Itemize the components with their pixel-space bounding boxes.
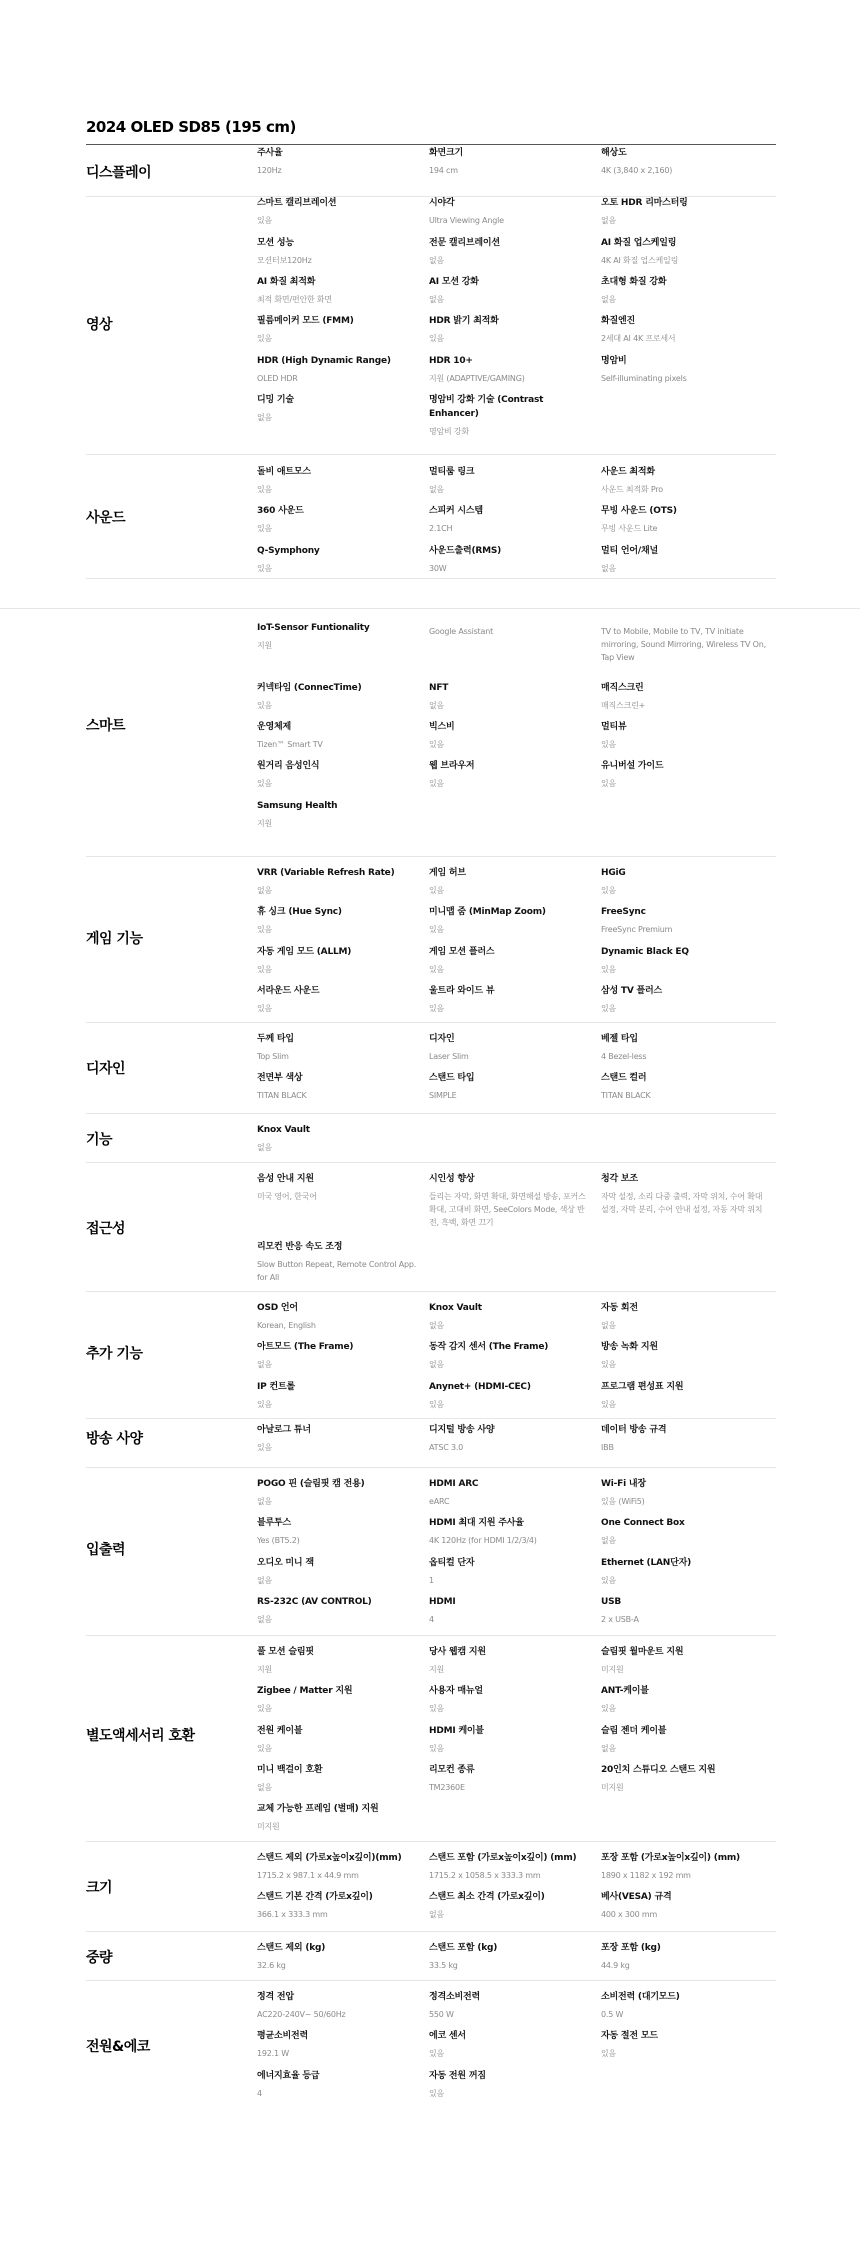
spec-key: FreeSync	[601, 905, 766, 919]
spec-key: USB	[601, 1595, 766, 1609]
spec-item: 스탠드 기본 간격 (가로x깊이)366.1 x 333.3 mm	[257, 1890, 422, 1921]
spec-key: 당사 웹캠 지원	[429, 1645, 594, 1659]
spec-item: Q-Symphony있음	[257, 544, 422, 575]
spec-value: 4K 120Hz (for HDMI 1/2/3/4)	[429, 1534, 594, 1547]
spec-value: 없음	[601, 1319, 766, 1332]
spec-value: 없음	[257, 884, 422, 897]
spec-key: Knox Vault	[257, 1123, 422, 1137]
spec-key: 슬림핏 월마운트 지원	[601, 1645, 766, 1659]
spec-section: 디스플레이주사율120Hz화면크기194 cm해상도4K (3,840 x 2,…	[86, 146, 776, 197]
spec-item: 전문 캘리브레이션없음	[429, 236, 594, 267]
spec-item: 모바일 미러링 연결TV to Mobile, Mobile to TV, TV…	[601, 619, 766, 664]
spec-item: 소비전력 (대기모드)0.5 W	[601, 1990, 766, 2021]
spec-key: 빅스비	[429, 720, 594, 734]
spec-item: 삼성 TV 플러스있음	[601, 984, 766, 1015]
spec-item: 게임 모션 플러스있음	[429, 945, 594, 976]
spec-key: 포장 포함 (kg)	[601, 1941, 766, 1955]
spec-item: 에너지효율 등급4	[257, 2069, 422, 2100]
spec-key: RS-232C (AV CONTROL)	[257, 1595, 422, 1609]
spec-item: Dynamic Black EQ있음	[601, 945, 766, 976]
spec-item: HDR (High Dynamic Range)OLED HDR	[257, 354, 422, 385]
spec-section: 방송 사양아날로그 튜너있음디지털 방송 사양ATSC 3.0데이터 방송 규격…	[86, 1418, 776, 1468]
section-label: 추가 기능	[86, 1343, 142, 1363]
spec-item: Wi-Fi 내장있음 (WiFi5)	[601, 1477, 766, 1508]
spec-value: 있음	[257, 699, 422, 712]
spec-value: 있음	[429, 963, 594, 976]
spec-value: 사운드 최적화 Pro	[601, 483, 766, 496]
spec-value: 550 W	[429, 2008, 594, 2021]
spec-item: 동작 감지 센서 (The Frame)없음	[429, 1340, 594, 1371]
spec-value: 있음	[257, 1002, 422, 1015]
spec-key: 게임 허브	[429, 866, 594, 880]
spec-value: 있음	[429, 2047, 594, 2060]
spec-item: 스탠드 제외 (kg)32.6 kg	[257, 1941, 422, 1972]
spec-value: Google Assistant	[429, 625, 594, 638]
spec-key: 무빙 사운드 (OTS)	[601, 504, 766, 518]
spec-item: 커넥타임 (ConnecTime)있음	[257, 681, 422, 712]
spec-key: 멀티뷰	[601, 720, 766, 734]
spec-item: 빅스비있음	[429, 720, 594, 751]
spec-value: Top Slim	[257, 1050, 422, 1063]
spec-key: 방송 녹화 지원	[601, 1340, 766, 1354]
section-label: 별도액세서리 호환	[86, 1725, 195, 1745]
spec-item: 평균소비전력192.1 W	[257, 2029, 422, 2060]
spec-value: 있음	[257, 1441, 422, 1454]
section-label: 입출력	[86, 1539, 125, 1559]
spec-item: HDMI 최대 지원 주사율4K 120Hz (for HDMI 1/2/3/4…	[429, 1516, 594, 1547]
spec-key: 웹 브라우저	[429, 759, 594, 773]
spec-key: AI 모션 강화	[429, 275, 594, 289]
spec-key: 베사(VESA) 규격	[601, 1890, 766, 1904]
spec-item: One Connect Box없음	[601, 1516, 766, 1547]
spec-key: 소비전력 (대기모드)	[601, 1990, 766, 2004]
spec-item: 베사(VESA) 규격400 x 300 mm	[601, 1890, 766, 1921]
spec-value: SIMPLE	[429, 1089, 594, 1102]
spec-value: 지원	[257, 639, 422, 652]
spec-value: 없음	[257, 1358, 422, 1371]
spec-item: 필름메이커 모드 (FMM)있음	[257, 314, 422, 345]
page-title: 2024 OLED SD85 (195 cm)	[86, 118, 296, 136]
spec-value: 있음	[257, 562, 422, 575]
spec-value: 있음	[257, 332, 422, 345]
spec-value: 30W	[429, 562, 594, 575]
spec-section: 입출력POGO 핀 (슬림핏 캠 전용)없음HDMI ARCeARCWi-Fi …	[86, 1467, 776, 1636]
spec-section: 기능Knox Vault없음	[86, 1113, 776, 1163]
section-label: 방송 사양	[86, 1428, 142, 1448]
spec-item: 교체 가능한 프레임 (별매) 지원미지원	[257, 1802, 422, 1833]
spec-value: 없음	[257, 1141, 422, 1154]
spec-value: 120Hz	[257, 164, 422, 177]
spec-key: 360 사운드	[257, 504, 422, 518]
spec-key: 휴 싱크 (Hue Sync)	[257, 905, 422, 919]
spec-value: 미지원	[601, 1781, 766, 1794]
spec-item: 20인치 스튜디오 스탠드 지원미지원	[601, 1763, 766, 1794]
spec-item: 360 사운드있음	[257, 504, 422, 535]
spec-item: 포장 포함 (가로x높이x깊이) (mm)1890 x 1182 x 192 m…	[601, 1851, 766, 1882]
spec-key: 디밍 기술	[257, 393, 422, 407]
spec-key: 20인치 스튜디오 스탠드 지원	[601, 1763, 766, 1777]
spec-value: 없음	[429, 254, 594, 267]
spec-key: 모션 성능	[257, 236, 422, 250]
spec-item: 전원 케이블있음	[257, 1724, 422, 1755]
section-label: 기능	[86, 1129, 112, 1149]
spec-value: 자막 설정, 소리 다중 출력, 자막 위치, 수어 확대 설정, 자막 분리,…	[601, 1190, 766, 1216]
spec-item: AI 모션 강화없음	[429, 275, 594, 306]
spec-key: 음성 안내 지원	[257, 1172, 422, 1186]
spec-item: ANT-케이블있음	[601, 1684, 766, 1715]
spec-key: 해상도	[601, 146, 766, 160]
spec-key: 교체 가능한 프레임 (별매) 지원	[257, 1802, 422, 1816]
spec-item: 오디오 미니 잭없음	[257, 1556, 422, 1587]
spec-item: 시야각Ultra Viewing Angle	[429, 196, 594, 227]
spec-value: 없음	[429, 1319, 594, 1332]
spec-value: Laser Slim	[429, 1050, 594, 1063]
spec-key: 원거리 음성인식	[257, 759, 422, 773]
section-label: 크기	[86, 1877, 112, 1897]
spec-item: 아날로그 튜너있음	[257, 1423, 422, 1454]
spec-key: 미니 백걸이 호환	[257, 1763, 422, 1777]
spec-value: 미지원	[601, 1663, 766, 1676]
spec-item: 베젤 타입4 Bezel-less	[601, 1032, 766, 1063]
spec-value: 있음	[601, 1002, 766, 1015]
spec-key: 명암비	[601, 354, 766, 368]
spec-value: 있음	[429, 1398, 594, 1411]
spec-key: Samsung Health	[257, 799, 422, 813]
spec-item: 오토 HDR 리마스터링없음	[601, 196, 766, 227]
spec-key: 시인성 향상	[429, 1172, 594, 1186]
spec-value: 44.9 kg	[601, 1959, 766, 1972]
spec-value: 있음	[601, 1574, 766, 1587]
spec-key: 에너지효율 등급	[257, 2069, 422, 2083]
spec-key: 옵티컬 단자	[429, 1556, 594, 1570]
spec-item: 무빙 사운드 (OTS)무빙 사운드 Lite	[601, 504, 766, 535]
spec-value: 있음	[601, 963, 766, 976]
spec-value: 없음	[429, 699, 594, 712]
spec-value: 있음	[601, 2047, 766, 2060]
spec-key: 운영체제	[257, 720, 422, 734]
spec-section: 영상스마트 캘리브레이션있음시야각Ultra Viewing Angle오토 H…	[86, 196, 776, 455]
spec-key: 멀티룸 링크	[429, 465, 594, 479]
spec-section: 전원&에코정격 전압AC220-240V~ 50/60Hz정격소비전력550 W…	[86, 1980, 776, 2110]
spec-item: 멀티룸 링크없음	[429, 465, 594, 496]
spec-value: 있음	[429, 2087, 594, 2100]
spec-key: 에코 센서	[429, 2029, 594, 2043]
spec-key: Ethernet (LAN단자)	[601, 1556, 766, 1570]
spec-item: 미니 백걸이 호환없음	[257, 1763, 422, 1794]
spec-item: 돌비 애트모스있음	[257, 465, 422, 496]
spec-key: 스탠드 타입	[429, 1071, 594, 1085]
spec-key: 스피커 시스템	[429, 504, 594, 518]
spec-key: HDMI 최대 지원 주사율	[429, 1516, 594, 1530]
spec-item: 블루투스Yes (BT5.2)	[257, 1516, 422, 1547]
spec-value: 366.1 x 333.3 mm	[257, 1908, 422, 1921]
spec-key: 매직스크린	[601, 681, 766, 695]
spec-item: 에코 센서있음	[429, 2029, 594, 2060]
spec-key: HDR (High Dynamic Range)	[257, 354, 422, 368]
spec-key: 스마트 캘리브레이션	[257, 196, 422, 210]
spec-item: 사용자 매뉴얼있음	[429, 1684, 594, 1715]
spec-item: 시인성 향상들리는 자막, 화면 확대, 화면해설 방송, 포커스 확대, 고대…	[429, 1172, 594, 1229]
spec-key: ANT-케이블	[601, 1684, 766, 1698]
spec-value: Self-illuminating pixels	[601, 372, 766, 385]
spec-key: 음성 비서 (내장/외부 기기 연결)	[429, 619, 594, 621]
spec-item: 스탠드 제외 (가로x높이x깊이)(mm)1715.2 x 987.1 x 44…	[257, 1851, 422, 1882]
spec-section: 디자인두께 타입Top Slim디자인Laser Slim베젤 타입4 Beze…	[86, 1022, 776, 1114]
spec-value: 1715.2 x 1058.5 x 333.3 mm	[429, 1869, 594, 1882]
spec-value: 있음	[601, 1398, 766, 1411]
spec-key: Anynet+ (HDMI-CEC)	[429, 1380, 594, 1394]
spec-key: 울트라 와이드 뷰	[429, 984, 594, 998]
spec-value: 있음	[257, 483, 422, 496]
spec-value: 33.5 kg	[429, 1959, 594, 1972]
spec-item: 아트모드 (The Frame)없음	[257, 1340, 422, 1371]
spec-value: ATSC 3.0	[429, 1441, 594, 1454]
spec-key: Q-Symphony	[257, 544, 422, 558]
spec-section: 사운드돌비 애트모스있음멀티룸 링크없음사운드 최적화사운드 최적화 Pro36…	[86, 455, 776, 579]
spec-item: 초대형 화질 강화없음	[601, 275, 766, 306]
spec-value: FreeSync Premium	[601, 923, 766, 936]
spec-value: 없음	[601, 562, 766, 575]
spec-key: 사운드출력(RMS)	[429, 544, 594, 558]
spec-item: 자동 회전없음	[601, 1301, 766, 1332]
spec-value: 2 x USB-A	[601, 1613, 766, 1626]
spec-item: 운영체제Tizen™ Smart TV	[257, 720, 422, 751]
spec-item: SmartThings Hub / Matter Hub / IoT-Senso…	[257, 619, 422, 652]
spec-key: 스탠드 최소 간격 (가로x깊이)	[429, 1890, 594, 1904]
spec-item: 스피커 시스템2.1CH	[429, 504, 594, 535]
spec-key: AI 화질 최적화	[257, 275, 422, 289]
spec-value: eARC	[429, 1495, 594, 1508]
spec-key: 스탠드 컬러	[601, 1071, 766, 1085]
spec-value: 있음	[257, 1398, 422, 1411]
spec-value: 없음	[429, 293, 594, 306]
spec-item: 모션 성능모션터보120Hz	[257, 236, 422, 267]
spec-item: IP 컨트롤있음	[257, 1380, 422, 1411]
spec-value: 없음	[601, 293, 766, 306]
spec-key: HDMI ARC	[429, 1477, 594, 1491]
spec-value: TM2360E	[429, 1781, 594, 1794]
spec-key: 명암비 강화 기술 (Contrast Enhancer)	[429, 393, 594, 421]
spec-value: 있음	[429, 738, 594, 751]
spec-value: 없음	[257, 1495, 422, 1508]
spec-value: 무빙 사운드 Lite	[601, 522, 766, 535]
spec-item: HDR 10+지원 (ADAPTIVE/GAMING)	[429, 354, 594, 385]
spec-item: Zigbee / Matter 지원있음	[257, 1684, 422, 1715]
title-divider	[86, 144, 776, 145]
spec-section: 중량스탠드 제외 (kg)32.6 kg스탠드 포함 (kg)33.5 kg포장…	[86, 1931, 776, 1981]
spec-item: Anynet+ (HDMI-CEC)있음	[429, 1380, 594, 1411]
spec-value: 없음	[429, 1358, 594, 1371]
spec-value: TITAN BLACK	[257, 1089, 422, 1102]
spec-item: 프로그램 편성표 지원있음	[601, 1380, 766, 1411]
spec-item: Ethernet (LAN단자)있음	[601, 1556, 766, 1587]
spec-item: Samsung Health지원	[257, 799, 422, 830]
spec-item: 방송 녹화 지원있음	[601, 1340, 766, 1371]
spec-item: 게임 허브있음	[429, 866, 594, 897]
spec-item: 리모컨 반응 속도 조정Slow Button Repeat, Remote C…	[257, 1240, 422, 1284]
spec-item: 미니맵 줌 (MinMap Zoom)있음	[429, 905, 594, 936]
section-label: 영상	[86, 314, 112, 334]
spec-value: 지원	[257, 1663, 422, 1676]
spec-value: 없음	[601, 1742, 766, 1755]
spec-value: 있음	[429, 1742, 594, 1755]
spec-item: 두께 타입Top Slim	[257, 1032, 422, 1063]
spec-item: 명암비 강화 기술 (Contrast Enhancer)명암비 강화	[429, 393, 594, 438]
spec-item: 옵티컬 단자1	[429, 1556, 594, 1587]
spec-value: 없음	[257, 411, 422, 424]
spec-item: FreeSyncFreeSync Premium	[601, 905, 766, 936]
spec-key: 필름메이커 모드 (FMM)	[257, 314, 422, 328]
spec-value: 1890 x 1182 x 192 mm	[601, 1869, 766, 1882]
spec-item: 정격 전압AC220-240V~ 50/60Hz	[257, 1990, 422, 2021]
spec-value: 있음	[601, 777, 766, 790]
spec-item: 포장 포함 (kg)44.9 kg	[601, 1941, 766, 1972]
spec-item: 해상도4K (3,840 x 2,160)	[601, 146, 766, 177]
spec-item: AI 화질 최적화최적 화면/편안한 화면	[257, 275, 422, 306]
spec-key: 화질엔진	[601, 314, 766, 328]
spec-value: 있음	[601, 1702, 766, 1715]
spec-value: 있음	[257, 1702, 422, 1715]
spec-value: 4	[257, 2087, 422, 2100]
spec-value: 있음	[257, 963, 422, 976]
spec-key: HDMI 케이블	[429, 1724, 594, 1738]
spec-item: 디밍 기술없음	[257, 393, 422, 424]
spec-key: 자동 전원 꺼짐	[429, 2069, 594, 2083]
spec-value: 1715.2 x 987.1 x 44.9 mm	[257, 1869, 422, 1882]
spec-key: 스탠드 제외 (가로x높이x깊이)(mm)	[257, 1851, 422, 1865]
spec-item: 전면부 색상TITAN BLACK	[257, 1071, 422, 1102]
spec-key: 블루투스	[257, 1516, 422, 1530]
spec-value: 4K AI 화질 업스케일링	[601, 254, 766, 267]
spec-item: 스탠드 최소 간격 (가로x깊이)없음	[429, 1890, 594, 1921]
spec-section: 별도액세서리 호환풀 모션 슬림핏지원당사 웹캠 지원지원슬림핏 월마운트 지원…	[86, 1635, 776, 1842]
spec-key: POGO 핀 (슬림핏 캠 전용)	[257, 1477, 422, 1491]
spec-value: 있음	[257, 214, 422, 227]
spec-key: 스탠드 포함 (가로x높이x깊이) (mm)	[429, 1851, 594, 1865]
spec-key: 디지털 방송 사양	[429, 1423, 594, 1437]
spec-item: HGiG있음	[601, 866, 766, 897]
spec-key: SmartThings Hub / Matter Hub / IoT-Senso…	[257, 619, 422, 635]
spec-value: 192.1 W	[257, 2047, 422, 2060]
spec-item: 멀티뷰있음	[601, 720, 766, 751]
spec-key: 포장 포함 (가로x높이x깊이) (mm)	[601, 1851, 766, 1865]
spec-value: 명암비 강화	[429, 425, 594, 438]
spec-key: HDR 밝기 최적화	[429, 314, 594, 328]
spec-value: 지원	[429, 1663, 594, 1676]
spec-value: 없음	[601, 1534, 766, 1547]
spec-key: 전문 캘리브레이션	[429, 236, 594, 250]
section-label: 게임 기능	[86, 928, 142, 948]
spec-key: 리모컨 종류	[429, 1763, 594, 1777]
scroll-seam-divider	[0, 608, 860, 609]
spec-value: 있음	[257, 522, 422, 535]
spec-value: 없음	[257, 1613, 422, 1626]
spec-section: 추가 기능OSD 언어Korean, EnglishKnox Vault없음자동…	[86, 1291, 776, 1419]
spec-key: 서라운드 사운드	[257, 984, 422, 998]
spec-item: Knox Vault없음	[429, 1301, 594, 1332]
spec-item: 슬림 젠더 케이블없음	[601, 1724, 766, 1755]
spec-value: 있음	[257, 777, 422, 790]
spec-item: 웹 브라우저있음	[429, 759, 594, 790]
spec-key: 삼성 TV 플러스	[601, 984, 766, 998]
section-label: 디자인	[86, 1058, 125, 1078]
spec-key: AI 화질 업스케일링	[601, 236, 766, 250]
spec-value: TITAN BLACK	[601, 1089, 766, 1102]
spec-item: 정격소비전력550 W	[429, 1990, 594, 2021]
spec-value: 있음	[429, 777, 594, 790]
spec-value: TV to Mobile, Mobile to TV, TV initiate …	[601, 625, 766, 664]
spec-value: 1	[429, 1574, 594, 1587]
spec-key: NFT	[429, 681, 594, 695]
spec-key: 전면부 색상	[257, 1071, 422, 1085]
spec-key: 돌비 애트모스	[257, 465, 422, 479]
spec-value: 있음	[429, 1702, 594, 1715]
spec-key: 유니버설 가이드	[601, 759, 766, 773]
spec-item: USB2 x USB-A	[601, 1595, 766, 1626]
spec-value: 있음	[429, 1002, 594, 1015]
spec-key: 미니맵 줌 (MinMap Zoom)	[429, 905, 594, 919]
spec-key: 아트모드 (The Frame)	[257, 1340, 422, 1354]
spec-key: 베젤 타입	[601, 1032, 766, 1046]
spec-value: 있음	[601, 1358, 766, 1371]
spec-key: 두께 타입	[257, 1032, 422, 1046]
spec-value: 400 x 300 mm	[601, 1908, 766, 1921]
section-label: 스마트	[86, 715, 125, 735]
spec-item: 명암비Self-illuminating pixels	[601, 354, 766, 385]
spec-item: 슬림핏 월마운트 지원미지원	[601, 1645, 766, 1676]
spec-key: 동작 감지 센서 (The Frame)	[429, 1340, 594, 1354]
spec-key: 오디오 미니 잭	[257, 1556, 422, 1570]
spec-item: 스탠드 타입SIMPLE	[429, 1071, 594, 1102]
spec-key: 전원 케이블	[257, 1724, 422, 1738]
spec-key: VRR (Variable Refresh Rate)	[257, 866, 422, 880]
spec-value: 있음	[257, 1742, 422, 1755]
spec-item: 사운드출력(RMS)30W	[429, 544, 594, 575]
spec-key: 데이터 방송 규격	[601, 1423, 766, 1437]
spec-value: 없음	[257, 1574, 422, 1587]
section-label: 사운드	[86, 507, 125, 527]
spec-item: 사운드 최적화사운드 최적화 Pro	[601, 465, 766, 496]
spec-section: 게임 기능VRR (Variable Refresh Rate)없음게임 허브있…	[86, 856, 776, 1023]
spec-key: Wi-Fi 내장	[601, 1477, 766, 1491]
spec-item: Knox Vault없음	[257, 1123, 422, 1154]
spec-section: 크기스탠드 제외 (가로x높이x깊이)(mm)1715.2 x 987.1 x …	[86, 1841, 776, 1932]
spec-value: 있음	[601, 738, 766, 751]
spec-item: HDMI4	[429, 1595, 594, 1626]
spec-item: 자동 절전 모드있음	[601, 2029, 766, 2060]
spec-key: 프로그램 편성표 지원	[601, 1380, 766, 1394]
spec-key: 스탠드 포함 (kg)	[429, 1941, 594, 1955]
spec-item: 풀 모션 슬림핏지원	[257, 1645, 422, 1676]
spec-key: 시야각	[429, 196, 594, 210]
spec-item: 원거리 음성인식있음	[257, 759, 422, 790]
spec-key: One Connect Box	[601, 1516, 766, 1530]
spec-item: 스탠드 포함 (kg)33.5 kg	[429, 1941, 594, 1972]
spec-key: 스탠드 제외 (kg)	[257, 1941, 422, 1955]
spec-value: 없음	[257, 1781, 422, 1794]
spec-item: 당사 웹캠 지원지원	[429, 1645, 594, 1676]
spec-item: 디지털 방송 사양ATSC 3.0	[429, 1423, 594, 1454]
spec-item: 화질엔진2세대 AI 4K 프로세서	[601, 314, 766, 345]
spec-value: 194 cm	[429, 164, 594, 177]
spec-item: OSD 언어Korean, English	[257, 1301, 422, 1332]
spec-key: 모바일 미러링 연결	[601, 619, 766, 621]
spec-key: HGiG	[601, 866, 766, 880]
spec-value: 없음	[601, 214, 766, 227]
spec-key: OSD 언어	[257, 1301, 422, 1315]
spec-key: IP 컨트롤	[257, 1380, 422, 1394]
spec-value: 있음 (WiFi5)	[601, 1495, 766, 1508]
